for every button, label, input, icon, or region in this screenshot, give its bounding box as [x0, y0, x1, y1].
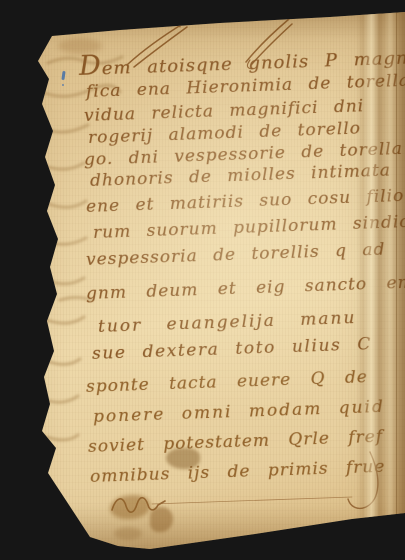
- edge-shading: [0, 0, 405, 560]
- fold-crease: [356, 0, 405, 560]
- manuscript-paper: Dem atoisqne gnolis P magni fica ena Hie…: [0, 0, 405, 560]
- damp-stain-left-edge: [6, 224, 32, 260]
- photo-background: Dem atoisqne gnolis P magni fica ena Hie…: [0, 0, 405, 560]
